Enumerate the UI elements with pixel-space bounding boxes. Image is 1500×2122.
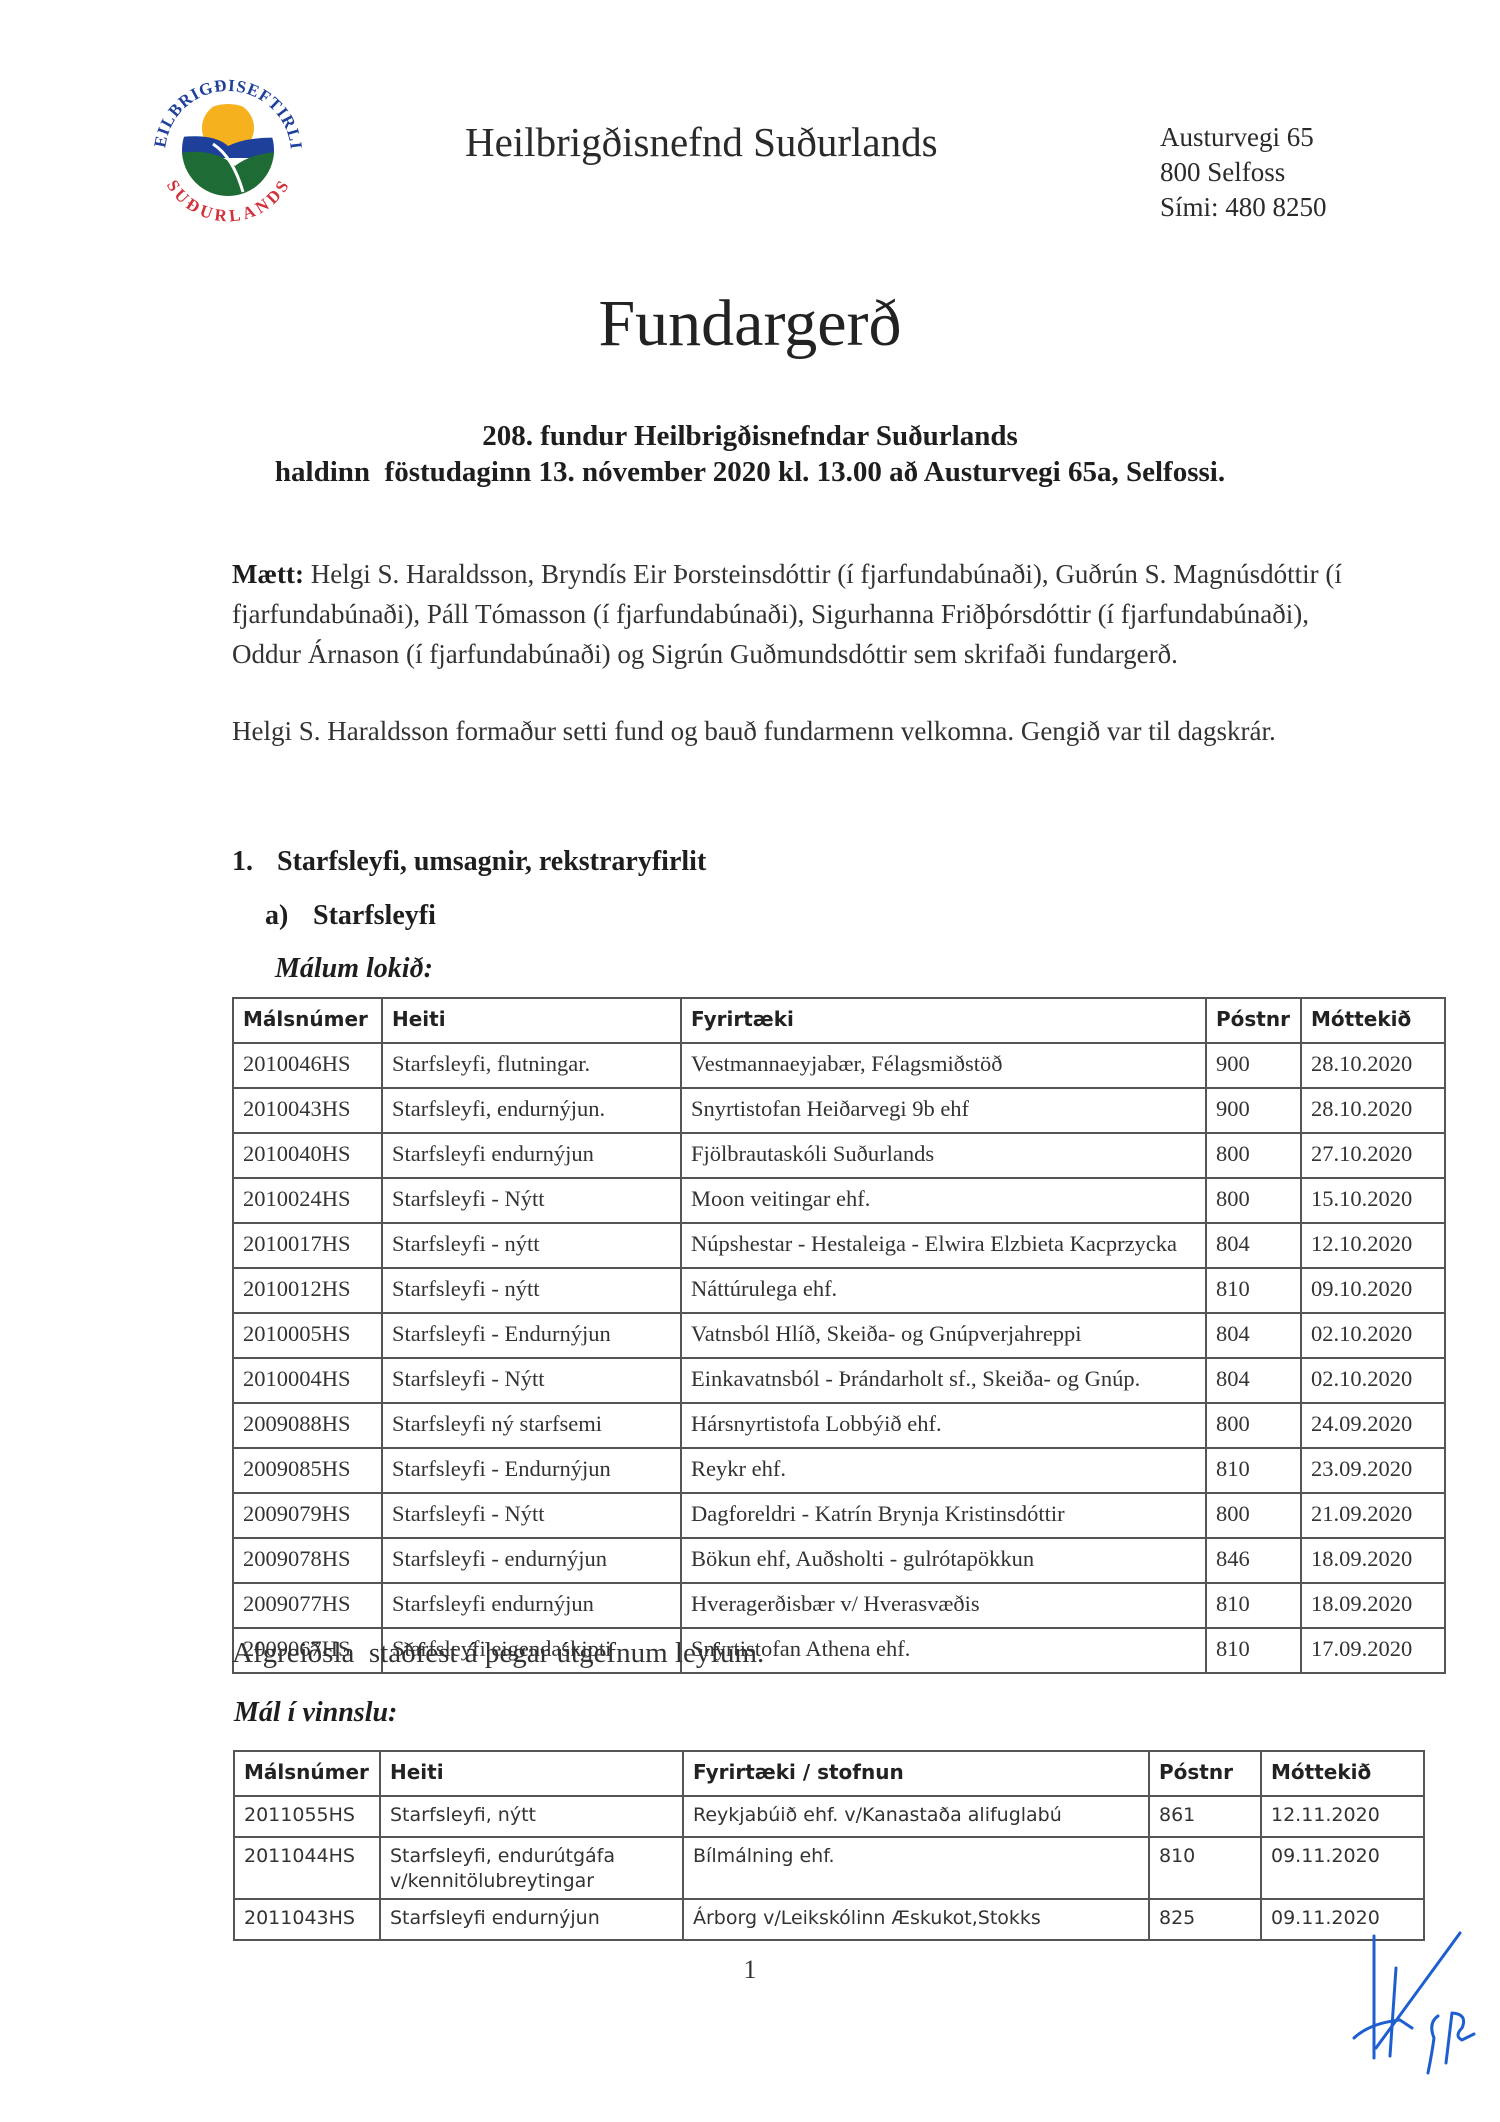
column-header-postcode: Póstnr bbox=[1206, 998, 1301, 1043]
in-progress-cases-label: Mál í vinnslu: bbox=[234, 1697, 397, 1729]
cell-postcode: 861 bbox=[1149, 1796, 1261, 1837]
table-header-row: MálsnúmerHeitiFyrirtæki / stofnunPóstnrM… bbox=[234, 1751, 1424, 1796]
cell-postcode: 804 bbox=[1206, 1313, 1301, 1358]
meeting-date-location: haldinn föstudaginn 13. nóvember 2020 kl… bbox=[0, 454, 1500, 490]
cell-postcode: 810 bbox=[1206, 1268, 1301, 1313]
attendees-label: Mætt: bbox=[232, 559, 304, 589]
address-city: 800 Selfoss bbox=[1160, 155, 1327, 190]
cell-received: 23.09.2020 bbox=[1301, 1448, 1445, 1493]
cell-received: 27.10.2020 bbox=[1301, 1133, 1445, 1178]
completed-cases-table: MálsnúmerHeitiFyrirtækiPóstnrMóttekið 20… bbox=[232, 997, 1446, 1674]
cell-postcode: 804 bbox=[1206, 1223, 1301, 1268]
table-header-row: MálsnúmerHeitiFyrirtækiPóstnrMóttekið bbox=[233, 998, 1445, 1043]
column-header-title: Heiti bbox=[380, 1751, 683, 1796]
cell-case-number: 2009088HS bbox=[233, 1403, 382, 1448]
column-header-received: Móttekið bbox=[1261, 1751, 1424, 1796]
table-row: 2009078HSStarfsleyfi - endurnýjunBökun e… bbox=[233, 1538, 1445, 1583]
cell-company: Hveragerðisbær v/ Hverasvæðis bbox=[681, 1583, 1206, 1628]
cell-title: Starfsleyfi endurnýjun bbox=[382, 1133, 681, 1178]
subsection-number: a) bbox=[265, 900, 313, 932]
cell-title: Starfsleyfi, endurútgáfa v/kennitölubrey… bbox=[380, 1837, 683, 1899]
cell-title: Starfsleyfi, endurnýjun. bbox=[382, 1088, 681, 1133]
cell-company: Árborg v/Leikskólinn Æskukot,Stokks bbox=[683, 1899, 1149, 1940]
cell-received: 02.10.2020 bbox=[1301, 1358, 1445, 1403]
opening-paragraph: Helgi S. Haraldsson formaður setti fund … bbox=[232, 710, 1356, 753]
column-header-company: Fyrirtæki / stofnun bbox=[683, 1751, 1149, 1796]
signature bbox=[1340, 1928, 1490, 2078]
cell-postcode: 846 bbox=[1206, 1538, 1301, 1583]
cell-company: Vatnsból Hlíð, Skeiða- og Gnúpverjahrepp… bbox=[681, 1313, 1206, 1358]
table-row: 2009085HSStarfsleyfi - EndurnýjunReykr e… bbox=[233, 1448, 1445, 1493]
cell-postcode: 810 bbox=[1206, 1628, 1301, 1673]
cell-company: Vestmannaeyjabær, Félagsmiðstöð bbox=[681, 1043, 1206, 1088]
health-authority-emblem-icon: HEILBRIGÐISEFTIRLIT SUÐURLANDS bbox=[143, 62, 313, 232]
cell-received: 09.11.2020 bbox=[1261, 1837, 1424, 1899]
cell-case-number: 2010046HS bbox=[233, 1043, 382, 1088]
cell-received: 18.09.2020 bbox=[1301, 1538, 1445, 1583]
cell-postcode: 900 bbox=[1206, 1043, 1301, 1088]
organization-logo: HEILBRIGÐISEFTIRLIT SUÐURLANDS bbox=[143, 62, 313, 232]
cell-company: Einkavatnsból - Þrándarholt sf., Skeiða-… bbox=[681, 1358, 1206, 1403]
cell-company: Snyrtistofan Heiðarvegi 9b ehf bbox=[681, 1088, 1206, 1133]
approval-note: Afgreiðsla staðfest á þegar útgefnum ley… bbox=[232, 1637, 764, 1670]
table-row: 2010040HSStarfsleyfi endurnýjunFjölbraut… bbox=[233, 1133, 1445, 1178]
cell-title: Starfsleyfi ný starfsemi bbox=[382, 1403, 681, 1448]
cell-company: Dagforeldri - Katrín Brynja Kristinsdótt… bbox=[681, 1493, 1206, 1538]
column-header-received: Móttekið bbox=[1301, 998, 1445, 1043]
cell-title: Starfsleyfi - Endurnýjun bbox=[382, 1448, 681, 1493]
cell-postcode: 804 bbox=[1206, 1358, 1301, 1403]
cell-received: 28.10.2020 bbox=[1301, 1043, 1445, 1088]
section-number: 1. bbox=[232, 846, 277, 878]
cell-received: 15.10.2020 bbox=[1301, 1178, 1445, 1223]
attendees-list: Helgi S. Haraldsson, Bryndís Eir Þorstei… bbox=[232, 559, 1342, 669]
completed-cases-label: Málum lokið: bbox=[275, 953, 433, 985]
cell-title: Starfsleyfi endurnýjun bbox=[380, 1899, 683, 1940]
section-heading: 1.Starfsleyfi, umsagnir, rekstraryfirlit bbox=[232, 846, 706, 878]
cell-case-number: 2009078HS bbox=[233, 1538, 382, 1583]
cell-company: Núpshestar - Hestaleiga - Elwira Elzbiet… bbox=[681, 1223, 1206, 1268]
cell-company: Bílmálning ehf. bbox=[683, 1837, 1149, 1899]
section-title: Starfsleyfi, umsagnir, rekstraryfirlit bbox=[277, 846, 706, 877]
cell-title: Starfsleyfi - Nýtt bbox=[382, 1493, 681, 1538]
cell-case-number: 2010012HS bbox=[233, 1268, 382, 1313]
cell-title: Starfsleyfi - endurnýjun bbox=[382, 1538, 681, 1583]
cell-case-number: 2010040HS bbox=[233, 1133, 382, 1178]
address-phone: Sími: 480 8250 bbox=[1160, 190, 1327, 225]
cell-company: Reykjabúið ehf. v/Kanastaða alifuglabú bbox=[683, 1796, 1149, 1837]
cell-company: Reykr ehf. bbox=[681, 1448, 1206, 1493]
column-header-company: Fyrirtæki bbox=[681, 998, 1206, 1043]
cell-case-number: 2009085HS bbox=[233, 1448, 382, 1493]
cell-received: 17.09.2020 bbox=[1301, 1628, 1445, 1673]
cell-received: 12.10.2020 bbox=[1301, 1223, 1445, 1268]
meeting-header: 208. fundur Heilbrigðisnefndar Suðurland… bbox=[0, 418, 1500, 490]
meeting-number: 208. fundur Heilbrigðisnefndar Suðurland… bbox=[0, 418, 1500, 454]
cell-company: Náttúrulega ehf. bbox=[681, 1268, 1206, 1313]
attendees-paragraph: Mætt: Helgi S. Haraldsson, Bryndís Eir Þ… bbox=[232, 554, 1357, 674]
table-row: 2011055HSStarfsleyfi, nýttReykjabúið ehf… bbox=[234, 1796, 1424, 1837]
cell-case-number: 2010017HS bbox=[233, 1223, 382, 1268]
cell-received: 18.09.2020 bbox=[1301, 1583, 1445, 1628]
cell-title: Starfsleyfi, flutningar. bbox=[382, 1043, 681, 1088]
table-row: 2011044HSStarfsleyfi, endurútgáfa v/kenn… bbox=[234, 1837, 1424, 1899]
table-row: 2010017HSStarfsleyfi - nýttNúpshestar - … bbox=[233, 1223, 1445, 1268]
cell-received: 24.09.2020 bbox=[1301, 1403, 1445, 1448]
cell-received: 09.10.2020 bbox=[1301, 1268, 1445, 1313]
cell-title: Starfsleyfi - Endurnýjun bbox=[382, 1313, 681, 1358]
cell-title: Starfsleyfi endurnýjun bbox=[382, 1583, 681, 1628]
cell-case-number: 2010024HS bbox=[233, 1178, 382, 1223]
cell-case-number: 2011043HS bbox=[234, 1899, 380, 1940]
cell-company: Moon veitingar ehf. bbox=[681, 1178, 1206, 1223]
page-number: 1 bbox=[0, 1955, 1500, 1985]
cell-title: Starfsleyfi - nýtt bbox=[382, 1268, 681, 1313]
table-row: 2009088HSStarfsleyfi ný starfsemiHársnyr… bbox=[233, 1403, 1445, 1448]
in-progress-cases-table: MálsnúmerHeitiFyrirtæki / stofnunPóstnrM… bbox=[233, 1750, 1425, 1941]
cell-title: Starfsleyfi - Nýtt bbox=[382, 1178, 681, 1223]
table-row: 2010043HSStarfsleyfi, endurnýjun.Snyrtis… bbox=[233, 1088, 1445, 1133]
cell-received: 21.09.2020 bbox=[1301, 1493, 1445, 1538]
cell-received: 02.10.2020 bbox=[1301, 1313, 1445, 1358]
document-title: Fundargerð bbox=[0, 286, 1500, 362]
cell-title: Starfsleyfi - nýtt bbox=[382, 1223, 681, 1268]
cell-postcode: 825 bbox=[1149, 1899, 1261, 1940]
subsection-heading: a)Starfsleyfi bbox=[265, 900, 436, 932]
organization-address: Austurvegi 65 800 Selfoss Sími: 480 8250 bbox=[1160, 120, 1327, 225]
cell-postcode: 800 bbox=[1206, 1493, 1301, 1538]
cell-title: Starfsleyfi, nýtt bbox=[380, 1796, 683, 1837]
column-header-case-number: Málsnúmer bbox=[233, 998, 382, 1043]
cell-postcode: 810 bbox=[1149, 1837, 1261, 1899]
cell-company: Hársnyrtistofa Lobbýið ehf. bbox=[681, 1403, 1206, 1448]
cell-postcode: 900 bbox=[1206, 1088, 1301, 1133]
cell-title: Starfsleyfi - Nýtt bbox=[382, 1358, 681, 1403]
table-row: 2010012HSStarfsleyfi - nýttNáttúrulega e… bbox=[233, 1268, 1445, 1313]
table-row: 2010024HSStarfsleyfi - NýttMoon veitinga… bbox=[233, 1178, 1445, 1223]
cell-case-number: 2010043HS bbox=[233, 1088, 382, 1133]
table-row: 2011043HSStarfsleyfi endurnýjunÁrborg v/… bbox=[234, 1899, 1424, 1940]
column-header-case-number: Málsnúmer bbox=[234, 1751, 380, 1796]
cell-postcode: 800 bbox=[1206, 1133, 1301, 1178]
address-street: Austurvegi 65 bbox=[1160, 120, 1327, 155]
cell-case-number: 2010005HS bbox=[233, 1313, 382, 1358]
table-row: 2009079HSStarfsleyfi - NýttDagforeldri -… bbox=[233, 1493, 1445, 1538]
cell-postcode: 800 bbox=[1206, 1178, 1301, 1223]
cell-postcode: 800 bbox=[1206, 1403, 1301, 1448]
cell-case-number: 2011044HS bbox=[234, 1837, 380, 1899]
organization-name: Heilbrigðisnefnd Suðurlands bbox=[465, 118, 938, 166]
cell-case-number: 2009079HS bbox=[233, 1493, 382, 1538]
column-header-postcode: Póstnr bbox=[1149, 1751, 1261, 1796]
cell-postcode: 810 bbox=[1206, 1583, 1301, 1628]
column-header-title: Heiti bbox=[382, 998, 681, 1043]
cell-received: 12.11.2020 bbox=[1261, 1796, 1424, 1837]
table-row: 2010004HSStarfsleyfi - NýttEinkavatnsból… bbox=[233, 1358, 1445, 1403]
subsection-title: Starfsleyfi bbox=[313, 900, 436, 931]
cell-postcode: 810 bbox=[1206, 1448, 1301, 1493]
table-row: 2010046HSStarfsleyfi, flutningar.Vestman… bbox=[233, 1043, 1445, 1088]
table-row: 2010005HSStarfsleyfi - EndurnýjunVatnsbó… bbox=[233, 1313, 1445, 1358]
table-row: 2009077HSStarfsleyfi endurnýjunHveragerð… bbox=[233, 1583, 1445, 1628]
cell-case-number: 2011055HS bbox=[234, 1796, 380, 1837]
cell-case-number: 2009077HS bbox=[233, 1583, 382, 1628]
cell-received: 28.10.2020 bbox=[1301, 1088, 1445, 1133]
cell-company: Bökun ehf, Auðsholti - gulrótapökkun bbox=[681, 1538, 1206, 1583]
handwritten-initials-icon bbox=[1340, 1928, 1490, 2078]
cell-case-number: 2010004HS bbox=[233, 1358, 382, 1403]
cell-company: Fjölbrautaskóli Suðurlands bbox=[681, 1133, 1206, 1178]
